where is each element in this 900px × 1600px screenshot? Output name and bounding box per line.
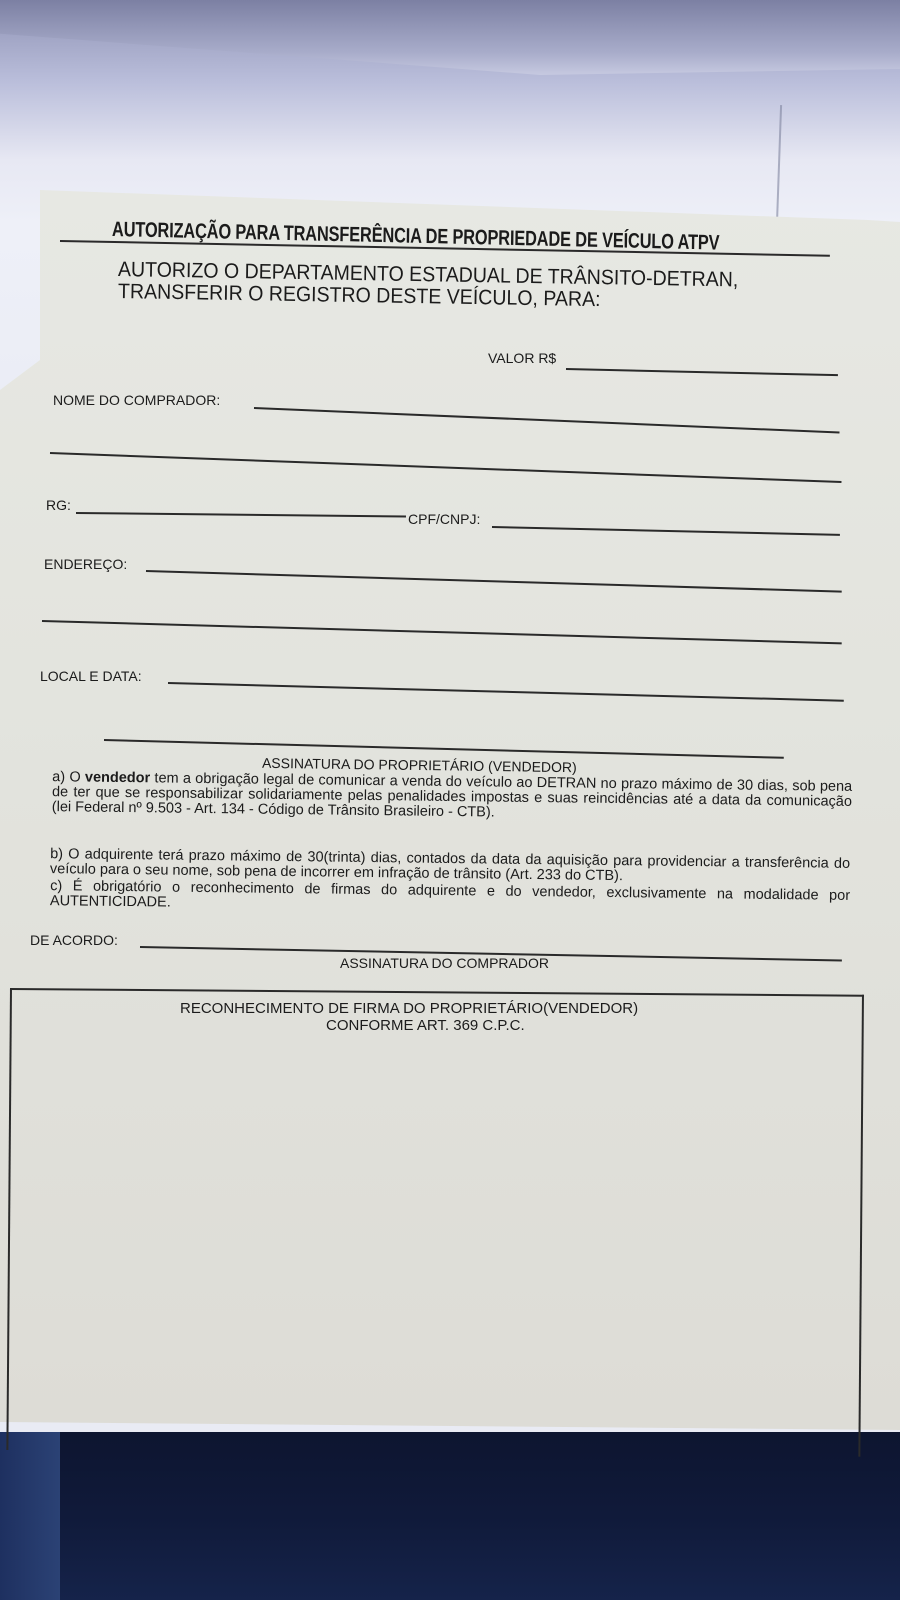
cpf-cnpj-label: CPF/CNPJ: bbox=[408, 511, 480, 527]
nome-comprador-label: NOME DO COMPRADOR: bbox=[53, 392, 220, 408]
note-a-text: tem a obrigação legal de comunicar a ven… bbox=[52, 770, 853, 820]
rg-label: RG: bbox=[46, 497, 71, 513]
endereco-label: ENDEREÇO: bbox=[44, 556, 127, 572]
envelope-flap bbox=[0, 0, 900, 75]
notary-box-title: RECONHECIMENTO DE FIRMA DO PROPRIETÁRIO(… bbox=[180, 1000, 638, 1017]
buyer-signature-label: ASSINATURA DO COMPRADOR bbox=[340, 955, 549, 971]
envelope-crease bbox=[776, 105, 782, 225]
local-data-label: LOCAL E DATA: bbox=[40, 668, 142, 684]
note-a-prefix: a) O bbox=[52, 769, 85, 785]
background-fabric bbox=[0, 1432, 900, 1600]
valor-label: VALOR R$ bbox=[488, 350, 556, 366]
agreement-label: DE ACORDO: bbox=[30, 932, 118, 948]
notary-recognition-box[interactable] bbox=[6, 988, 864, 1457]
notary-box-subtitle: CONFORME ART. 369 C.P.C. bbox=[326, 1017, 525, 1034]
